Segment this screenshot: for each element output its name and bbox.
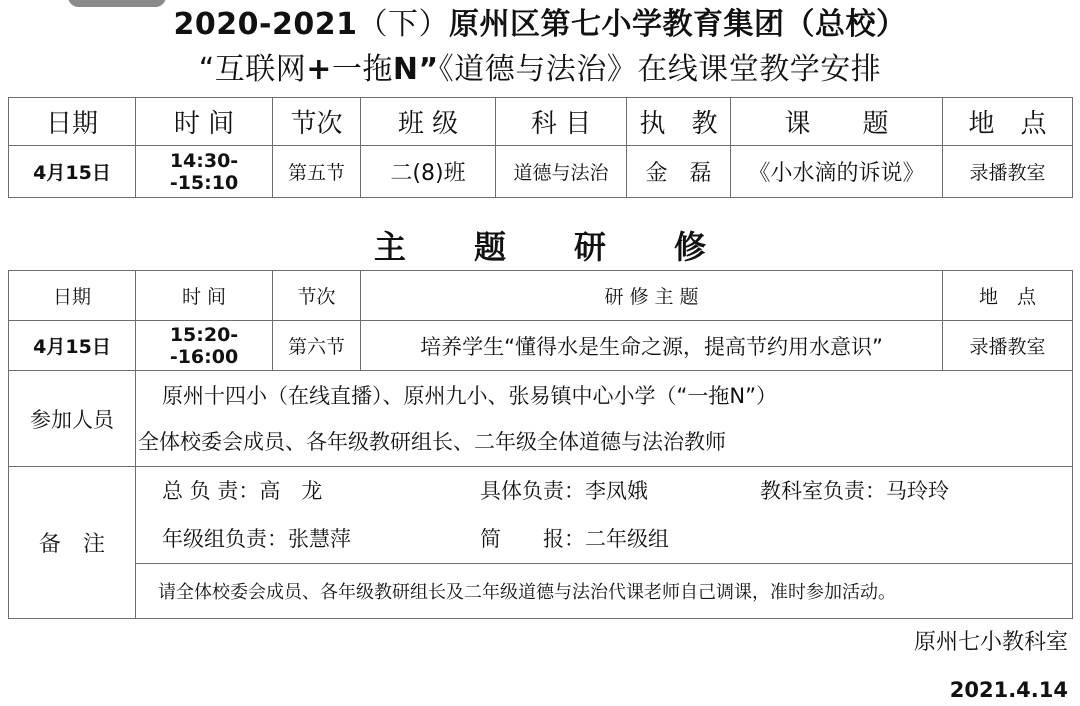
issuer-signature: 原州七小教科室: [914, 626, 1068, 660]
responsible-role: 教科室负责：: [760, 479, 886, 503]
responsible-row: 年级组负责：张慧萍 简 报：二年级组: [136, 515, 1072, 563]
responsible-name: 李凤娥: [585, 479, 648, 503]
notes-reminder: 请全体校委会成员、各年级教研组长及二年级道德与法治代课老师自己调课，准时参加活动…: [136, 564, 1073, 619]
section-title-char: 题: [474, 226, 506, 268]
document-title-line1: 2020-2021（下）原州区第七小学教育集团（总校）: [0, 6, 1080, 44]
header-subject: 科 目: [496, 98, 627, 146]
participants-line2: 全体校委会成员、各年级教研组长、二年级全体道德与法治教师: [136, 419, 1072, 465]
responsible-item: 具体负责：李凤娥: [480, 467, 760, 515]
participants-label: 参加人员: [9, 371, 136, 467]
header-period: 节次: [273, 271, 361, 321]
class-schedule-table: 日期 时 间 节次 班 级 科 目 执 教 课 题 地 点 4月15日 14:3…: [8, 97, 1073, 198]
notes-responsible-persons: 总 负 责：高 龙 具体负责：李凤娥 教科室负责：马玲玲 年级组负责：张慧萍 简…: [136, 467, 1073, 564]
cell-location: 录播教室: [943, 321, 1073, 371]
section-title-char: 研: [574, 226, 606, 268]
header-date: 日期: [9, 98, 136, 146]
section-title-char: 修: [674, 226, 706, 268]
header-time: 时 间: [136, 98, 273, 146]
cell-subject: 道德与法治: [496, 146, 627, 198]
cell-teacher: 金 磊: [627, 146, 731, 198]
title-plus: +: [306, 52, 332, 87]
responsible-item: 年级组负责：张慧萍: [162, 515, 480, 563]
section-title-research: 主题研修: [0, 226, 1080, 268]
responsible-name: 二年级组: [585, 527, 669, 551]
table-header-row: 日期 时 间 节次 班 级 科 目 执 教 课 题 地 点: [9, 98, 1073, 146]
cell-date: 4月15日: [9, 146, 136, 198]
cell-date: 4月15日: [9, 321, 136, 371]
header-class: 班 级: [361, 98, 496, 146]
table-row: 4月15日 14:30--15:10 第五节 二(8)班 道德与法治 金 磊 《…: [9, 146, 1073, 198]
title-n: N”: [393, 52, 439, 87]
responsible-item: 教科室负责：马玲玲: [760, 467, 949, 515]
responsible-name: 张慧萍: [288, 527, 351, 551]
title-one-to: 一拖: [332, 52, 393, 87]
title-year: 2020-2021: [174, 7, 358, 42]
table-header-row: 日期 时 间 节次 研 修 主 题 地 点: [9, 271, 1073, 321]
cell-location: 录播教室: [943, 146, 1073, 198]
header-location: 地 点: [943, 98, 1073, 146]
title-course: 《道德与法治》在线课堂教学安排: [439, 52, 882, 87]
header-location: 地 点: [943, 271, 1073, 321]
cell-period: 第六节: [273, 321, 361, 371]
responsible-row: 总 负 责：高 龙 具体负责：李凤娥 教科室负责：马玲玲: [136, 467, 1072, 515]
header-teacher: 执 教: [627, 98, 731, 146]
notes-reminder-row: 请全体校委会成员、各年级教研组长及二年级道德与法治代课老师自己调课，准时参加活动…: [9, 564, 1073, 619]
responsible-role: 具体负责：: [480, 479, 585, 503]
header-period: 节次: [273, 98, 361, 146]
section-title-char: 主: [374, 226, 406, 268]
document-title-line2: “互联网+一拖N”《道德与法治》在线课堂教学安排: [0, 50, 1080, 90]
cell-time: 15:20--16:00: [136, 321, 273, 371]
header-time: 时 间: [136, 271, 273, 321]
cell-time: 14:30--15:10: [136, 146, 273, 198]
table-row: 4月15日 15:20--16:00 第六节 培养学生“懂得水是生命之源，提高节…: [9, 321, 1073, 371]
cell-topic: 培养学生“懂得水是生命之源，提高节约用水意识”: [361, 321, 943, 371]
responsible-item: 总 负 责：高 龙: [162, 467, 480, 515]
responsible-name: 马玲玲: [886, 479, 949, 503]
responsible-name: 高 龙: [259, 479, 322, 503]
notes-label: 备 注: [9, 467, 136, 619]
participants-content: 原州十四小（在线直播）、原州九小、张易镇中心小学（“一拖N”） 全体校委会成员、…: [136, 371, 1073, 467]
cell-period: 第五节: [273, 146, 361, 198]
title-school: 原州区第七小学教育集团（总校）: [449, 7, 907, 42]
notes-row: 备 注 总 负 责：高 龙 具体负责：李凤娥 教科室负责：马玲玲 年级组负责：张…: [9, 467, 1073, 564]
participants-row: 参加人员 原州十四小（在线直播）、原州九小、张易镇中心小学（“一拖N”） 全体校…: [9, 371, 1073, 467]
header-date: 日期: [9, 271, 136, 321]
responsible-role: 年级组负责：: [162, 527, 288, 551]
header-topic: 研 修 主 题: [361, 271, 943, 321]
issue-date: 2021.4.14: [950, 674, 1068, 706]
participants-line1: 原州十四小（在线直播）、原州九小、张易镇中心小学（“一拖N”）: [136, 373, 1072, 419]
responsible-role: 总 负 责：: [162, 479, 259, 503]
cell-lesson: 《小水滴的诉说》: [731, 146, 943, 198]
research-table: 日期 时 间 节次 研 修 主 题 地 点 4月15日 15:20--16:00…: [8, 270, 1073, 619]
title-internet: “互联网: [199, 52, 307, 87]
responsible-role: 简 报：: [480, 527, 585, 551]
cell-class: 二(8)班: [361, 146, 496, 198]
header-lesson: 课 题: [731, 98, 943, 146]
responsible-item: 简 报：二年级组: [480, 515, 760, 563]
title-term: （下）: [357, 7, 449, 42]
